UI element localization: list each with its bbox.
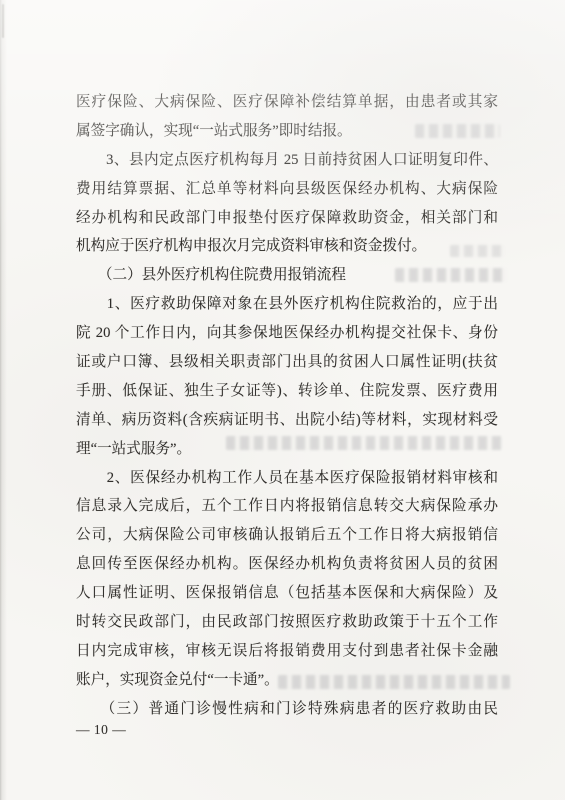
text-line: 证或户口簿、县级相关职责部门出具的贫困人口属性证明(扶贫 [76,348,498,377]
text-line: 日内完成审核，审核无误后将报销费用支付到患者社保卡金融 [76,637,498,666]
text-line: 时转交民政部门，由民政部门按照医疗救助政策于十五个工作 [76,608,498,637]
text-line: 账户，实现资金兑付“一卡通”。 [76,666,498,695]
text-line: 公司，大病保险公司审核确认报销后五个工作日将大病报销信 [76,521,498,550]
scanned-document-page: { "document": { "page_number": "— 10 —",… [0,0,565,800]
document-body-text: 医疗保险、大病保险、医疗保障补偿结算单据，由患者或其家 属签字确认，实现“一站式… [76,88,498,724]
text-line: 属签字确认，实现“一站式服务”即时结报。 [76,117,498,146]
text-line: 息回传至医保经办机构。医保经办机构负责将贫困人员的贫困 [76,550,498,579]
text-line: 费用结算票据、汇总单等材料向县级医保经办机构、大病保险 [76,175,498,204]
text-line: 机构应于医疗机构申报次月完成资料审核和资金拨付。 [76,232,498,261]
section-heading-line: （三）普通门诊慢性病和门诊特殊病患者的医疗救助由民 [76,695,498,724]
text-line: 手册、低保证、独生子女证等)、转诊单、住院发票、医疗费用 [76,377,498,406]
section-heading-line: （二）县外医疗机构住院费用报销流程 [76,261,498,290]
page-number: — 10 — [76,722,126,738]
text-line: 院 20 个工作日内，向其参保地医保经办机构提交社保卡、身份 [76,319,498,348]
text-line: 理“一站式服务”。 [76,435,498,464]
text-line: 人口属性证明、医保报销信息（包括基本医保和大病保险）及 [76,579,498,608]
text-line: 1、医疗救助保障对象在县外医疗机构住院救治的，应于出 [76,290,498,319]
text-line: 2、医保经办机构工作人员在基本医疗保险报销材料审核和 [76,464,498,493]
text-line: 经办机构和民政部门申报垫付医疗保障救助资金，相关部门和 [76,204,498,233]
text-line: 医疗保险、大病保险、医疗保障补偿结算单据，由患者或其家 [76,88,498,117]
scan-left-edge-shadow [0,0,7,800]
text-line: 3、县内定点医疗机构每月 25 日前持贫困人口证明复印件、 [76,146,498,175]
text-line: 清单、病历资料(含疾病证明书、出院小结)等材料，实现材料受 [76,406,498,435]
scan-edge-artifact [2,4,4,38]
text-line: 信息录入完成后，五个工作日内将报销信息转交大病保险承办 [76,492,498,521]
